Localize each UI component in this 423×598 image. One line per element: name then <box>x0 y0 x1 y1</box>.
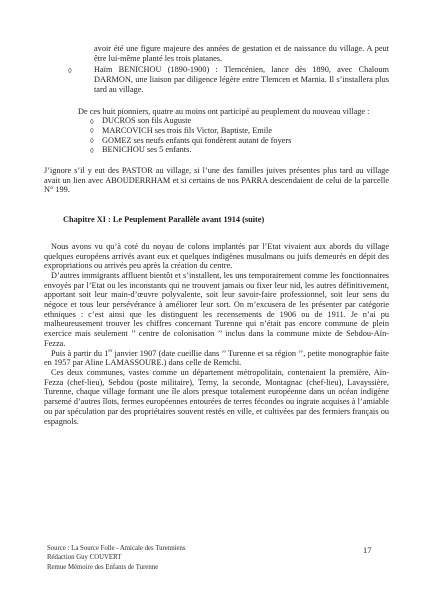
chapter-heading: Chapitre XI : Le Peuplement Parallèle av… <box>63 215 389 225</box>
paragraph-pioneers-intro: De ces huit pionniers, quatre au moins o… <box>78 107 389 117</box>
list-item-text: BENICHOU ses 5 enfants. <box>102 145 389 155</box>
page-number: 17 <box>363 545 372 555</box>
paragraph-1907: Puis à partir du 1er janvier 1907 (date … <box>44 349 389 368</box>
bullet-item-benichou: ◊ Haïm BENICHOU (1890-1900) : Tlemcénien… <box>44 65 389 94</box>
pioneers-list: ◊ DUCROS son fils Auguste ◊ MARCOVICH se… <box>44 116 389 155</box>
bullet-item-text: Haïm BENICHOU (1890-1900) : Tlemcénien, … <box>94 65 389 94</box>
paragraph-bullet-continuation: avoir été une figure majeure des années … <box>94 44 389 63</box>
paragraph-pastor: J’ignore s’il y eut des PASTOR au villag… <box>44 166 389 195</box>
list-item-text: GOMEZ ses neufs enfants qui fondèrent au… <box>102 136 389 146</box>
list-item: ◊ MARCOVICH ses trois fils Victor, Bapti… <box>44 126 389 136</box>
diamond-bullet-icon: ◊ <box>90 146 94 156</box>
paragraph-body-4: Ces deux communes, vastes comme un dépar… <box>44 368 389 426</box>
text-column: avoir été une figure majeure des années … <box>44 44 389 426</box>
list-item: ◊ BENICHOU ses 5 enfants. <box>44 145 389 155</box>
paragraph-body-2: D’autres immigrants affluent bientôt et … <box>44 271 389 349</box>
diamond-bullet-icon: ◊ <box>68 66 72 76</box>
footer-redaction-line: Rédaction Guy COUVERT <box>47 553 307 562</box>
footer: Source : La Source Folle - Amicale des T… <box>47 544 307 572</box>
footer-source-line: Source : La Source Folle - Amicale des T… <box>47 544 307 553</box>
footer-revue-line: Remue Mémoire des Enfants de Turenne <box>47 563 307 572</box>
list-item: ◊ DUCROS son fils Auguste <box>44 116 389 126</box>
document-page: avoir été une figure majeure des années … <box>0 0 423 598</box>
paragraph-1907-pre: Puis à partir du 1 <box>51 349 108 358</box>
paragraph-body-1: Nous avons vu qu’à coté du noyau de colo… <box>44 242 389 271</box>
list-item-text: MARCOVICH ses trois fils Victor, Baptist… <box>102 126 389 136</box>
list-item-text: DUCROS son fils Auguste <box>102 116 389 126</box>
list-item: ◊ GOMEZ ses neufs enfants qui fondèrent … <box>44 136 389 146</box>
